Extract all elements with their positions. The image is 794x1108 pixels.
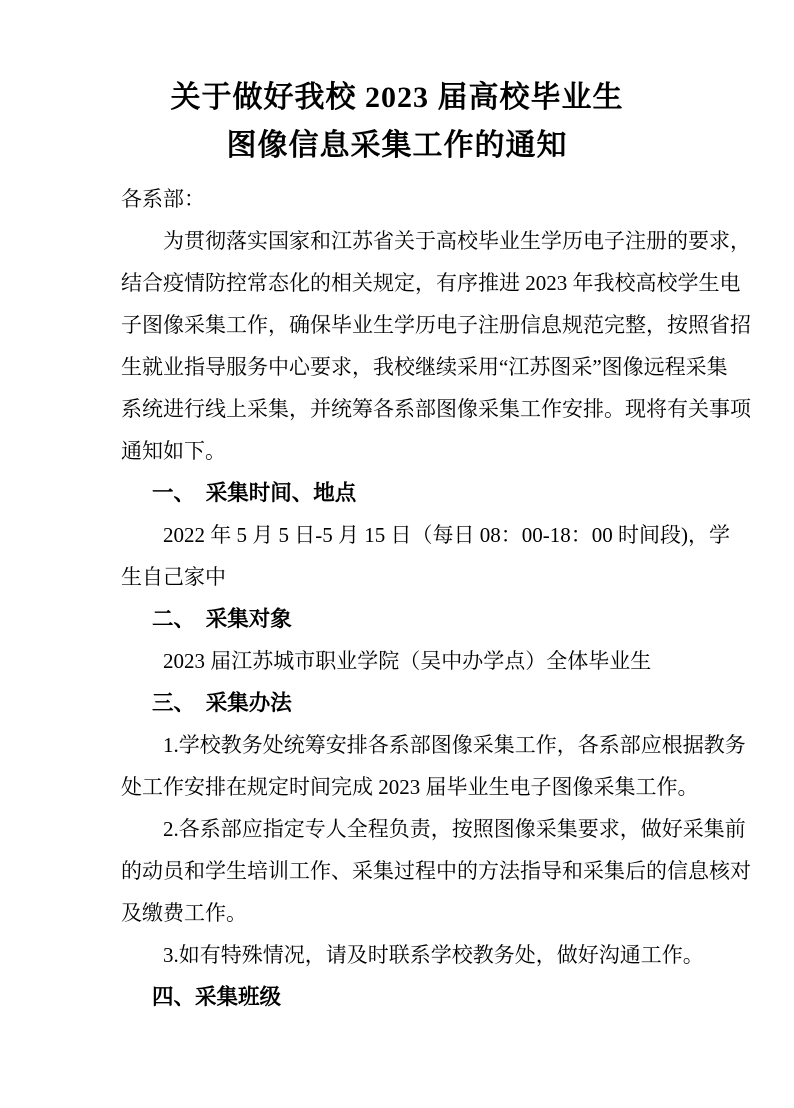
intro-line-4: 生就业指导服务中心要求，我校继续采用“江苏图采”图像远程采集 [121, 346, 675, 388]
section-2-heading: 二、 采集对象 [152, 598, 675, 640]
salutation: 各系部： [121, 178, 675, 220]
section-3-item-1-line-2: 处工作安排在规定时间完成 2023 届毕业生电子图像采集工作。 [121, 766, 675, 808]
document-body: 各系部： 为贯彻落实国家和江苏省关于高校毕业生学历电子注册的要求， 结合疫情防控… [121, 178, 675, 1018]
section-2-line-1: 2023 届江苏城市职业学院（吴中办学点）全体毕业生 [121, 640, 675, 682]
notice-document-page: 关于做好我校 2023 届高校毕业生 图像信息采集工作的通知 各系部： 为贯彻落… [0, 0, 794, 1108]
intro-line-5: 系统进行线上采集，并统筹各系部图像采集工作安排。现将有关事项 [121, 388, 675, 430]
title-line-1: 关于做好我校 2023 届高校毕业生 [0, 74, 794, 122]
intro-line-1: 为贯彻落实国家和江苏省关于高校毕业生学历电子注册的要求， [121, 220, 675, 262]
section-1-heading: 一、 采集时间、地点 [152, 472, 675, 514]
section-1-line-1: 2022 年 5 月 5 日-5 月 15 日（每日 08：00-18：00 时… [121, 514, 675, 556]
document-title: 关于做好我校 2023 届高校毕业生 图像信息采集工作的通知 [0, 0, 794, 170]
section-3-item-3-line-1: 3.如有特殊情况，请及时联系学校教务处，做好沟通工作。 [121, 934, 675, 976]
section-3-item-2-line-3: 及缴费工作。 [121, 892, 675, 934]
section-3-item-2-line-1: 2.各系部应指定专人全程负责，按照图像采集要求，做好采集前 [121, 808, 675, 850]
intro-line-2: 结合疫情防控常态化的相关规定，有序推进 2023 年我校高校学生电 [121, 262, 675, 304]
section-1-line-2: 生自己家中 [121, 556, 675, 598]
intro-line-3: 子图像采集工作，确保毕业生学历电子注册信息规范完整，按照省招 [121, 304, 675, 346]
section-3-heading: 三、 采集办法 [152, 682, 675, 724]
section-3-item-1-line-1: 1.学校教务处统筹安排各系部图像采集工作，各系部应根据教务 [121, 724, 675, 766]
title-line-2: 图像信息采集工作的通知 [0, 122, 794, 170]
section-4-heading: 四、采集班级 [152, 976, 675, 1018]
section-3-item-2-line-2: 的动员和学生培训工作、采集过程中的方法指导和采集后的信息核对 [121, 850, 675, 892]
intro-line-6: 通知如下。 [121, 430, 675, 472]
